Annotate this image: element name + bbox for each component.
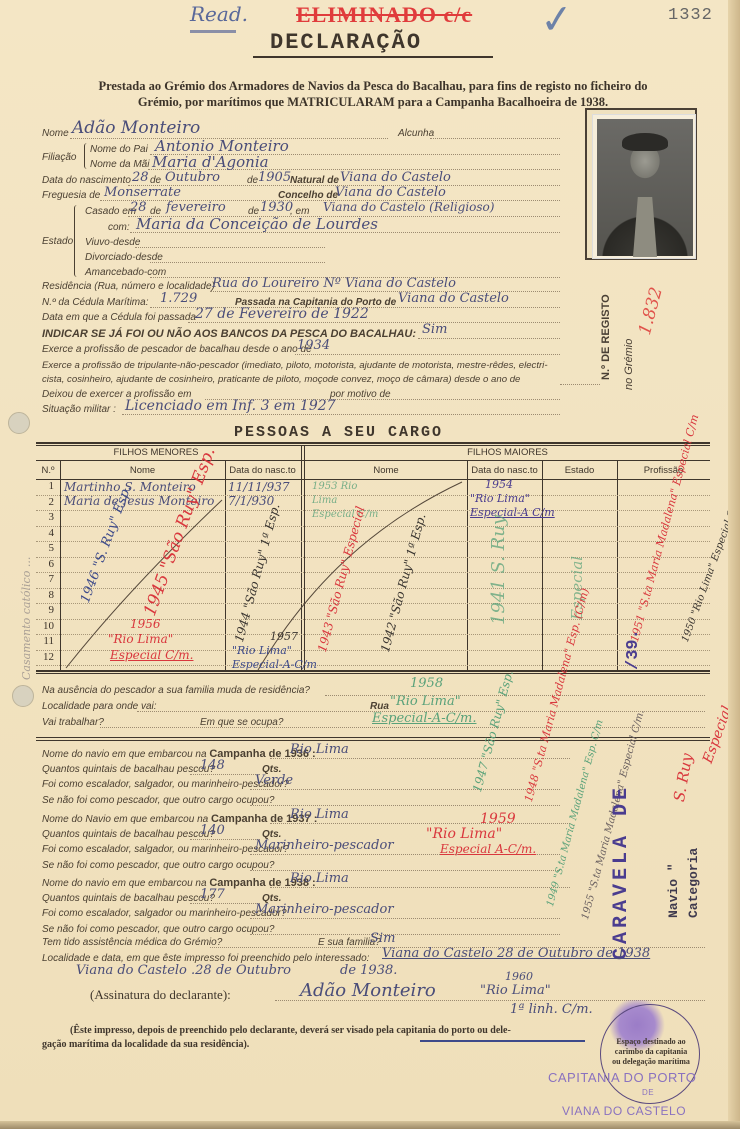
- typed-number: /39.: [624, 629, 643, 670]
- occupation-label: Em que se ocupa?: [200, 717, 283, 728]
- annotation-col3-green: 1953 Rio Lima Especial C/m: [312, 480, 382, 522]
- signature-field[interactable]: Adão Monteiro: [300, 980, 436, 1001]
- moves-label: Na ausência do pescador a sua familia mu…: [42, 685, 310, 696]
- campaign-1-field[interactable]: Verde: [255, 773, 293, 788]
- stamp-line-3: VIANA DO CASTELO: [562, 1104, 686, 1118]
- stamp-line-2: DE: [642, 1088, 654, 1097]
- category-label: Categoria: [686, 848, 701, 918]
- instructions-line-2: gação marítima da localidade da sua resi…: [42, 1039, 249, 1050]
- ship-stamp: CARAVELA DE: [610, 784, 633, 960]
- campaign-2-field[interactable]: Marinheiro-pescador: [255, 838, 394, 853]
- work-label: Vai trabalhar?: [42, 717, 104, 728]
- campaign-3-label: Quantos quintais de bacalhau pescou?: [42, 893, 215, 904]
- campaign-1-label: Se não foi como pescador, que outro carg…: [42, 795, 274, 806]
- signature-label: (Assinatura do declarante):: [90, 987, 231, 1003]
- campaign-3-label: Se não foi como pescador, que outro carg…: [42, 924, 274, 935]
- stamp-line-1: CAPITANIA DO PORTO: [548, 1070, 696, 1085]
- occupation-field[interactable]: Especial-A-C/m.: [372, 711, 476, 726]
- annotation-col5-green: 1941 S. Ruy: [488, 515, 509, 625]
- campaign-2-field[interactable]: 140: [200, 823, 225, 838]
- annotation-1959: "Rio Lima": [426, 826, 502, 842]
- campaign-1-field[interactable]: 148: [200, 758, 225, 773]
- campaign-3-field[interactable]: Marinheiro-pescador: [255, 902, 394, 917]
- ship-label: Navio ": [666, 863, 681, 918]
- street-field[interactable]: "Rio Lima": [390, 694, 461, 709]
- campaign-1-label: Quantos quintais de bacalhau pescou?: [42, 764, 215, 775]
- place-date-field[interactable]: Viana do Castelo 28 de Outubro de 1938: [382, 946, 650, 961]
- declaration-document: Casamento católico ... Read. ELIMINADO c…: [0, 0, 740, 1129]
- campaign-3-field[interactable]: Rio Lima: [290, 871, 349, 886]
- campaign-2-label: Quantos quintais de bacalhau pescou?: [42, 829, 215, 840]
- campaign-2-label: Se não foi como pescador, que outro carg…: [42, 860, 274, 871]
- campaign-1-field[interactable]: Rio Lima: [290, 742, 349, 757]
- stamp-placeholder-note: Espaço destinado ao carimbo da capitania…: [612, 1037, 690, 1067]
- moves-field[interactable]: 1958: [410, 676, 443, 691]
- assistance-label: Tem tido assistência médica do Grémio?: [42, 937, 222, 948]
- campaign-3-field[interactable]: 177: [200, 887, 225, 902]
- campaign-2-field[interactable]: Rio Lima: [290, 807, 349, 822]
- family-field[interactable]: Sim: [370, 931, 395, 946]
- instructions-line-1: (Êste impresso, depois de preenchido pel…: [70, 1025, 511, 1036]
